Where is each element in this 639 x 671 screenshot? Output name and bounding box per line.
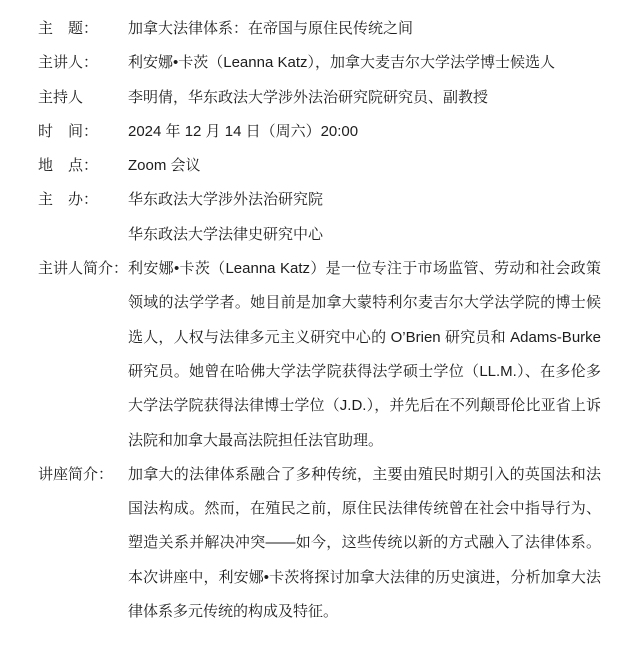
field-value-time: 2024 年 12 月 14 日（周六）20:00 (128, 115, 601, 149)
host-row: 主持人 李明倩，华东政法大学涉外法治研究院研究员、副教授 (38, 81, 601, 115)
field-label-lecture-intro: 讲座简介： (38, 458, 128, 492)
topic-row: 主 题： 加拿大法律体系：在帝国与原住民传统之间 (38, 12, 601, 46)
field-value-host: 李明倩，华东政法大学涉外法治研究院研究员、副教授 (128, 81, 601, 115)
field-value-organizer-2: 华东政法大学法律史研究中心 (128, 218, 601, 252)
organizer-row-2: 华东政法大学法律史研究中心 (38, 218, 601, 252)
lecture-intro-section: 讲座简介： 加拿大的法律体系融合了多种传统，主要由殖民时期引入的英国法和法国法构… (38, 458, 601, 629)
field-label-topic: 主 题： (38, 12, 128, 46)
field-value-organizer-1: 华东政法大学涉外法治研究院 (128, 183, 601, 217)
field-label-venue: 地 点： (38, 149, 128, 183)
venue-row: 地 点： Zoom 会议 (38, 149, 601, 183)
field-value-speaker: 利安娜•卡茨（Leanna Katz），加拿大麦吉尔大学法学博士候选人 (128, 46, 601, 80)
field-label-time: 时 间： (38, 115, 128, 149)
field-label-speaker-bio: 主讲人简介： (38, 252, 128, 286)
speaker-bio-section: 主讲人简介： 利安娜•卡茨（Leanna Katz）是一位专注于市场监管、劳动和… (38, 252, 601, 458)
time-row: 时 间： 2024 年 12 月 14 日（周六）20:00 (38, 115, 601, 149)
lecture-intro-paragraph: 加拿大的法律体系融合了多种传统，主要由殖民时期引入的英国法和法国法构成。然而，在… (128, 458, 601, 629)
speaker-row: 主讲人： 利安娜•卡茨（Leanna Katz），加拿大麦吉尔大学法学博士候选人 (38, 46, 601, 80)
field-label-host: 主持人 (38, 81, 128, 115)
speaker-bio-paragraph: 利安娜•卡茨（Leanna Katz）是一位专注于市场监管、劳动和社会政策领域的… (128, 252, 601, 458)
lecture-announcement-document: 主 题： 加拿大法律体系：在帝国与原住民传统之间 主讲人： 利安娜•卡茨（Lea… (0, 0, 639, 671)
field-value-topic: 加拿大法律体系：在帝国与原住民传统之间 (128, 12, 601, 46)
field-value-venue: Zoom 会议 (128, 149, 601, 183)
organizer-row: 主 办： 华东政法大学涉外法治研究院 (38, 183, 601, 217)
field-label-speaker: 主讲人： (38, 46, 128, 80)
field-label-organizer: 主 办： (38, 183, 128, 217)
